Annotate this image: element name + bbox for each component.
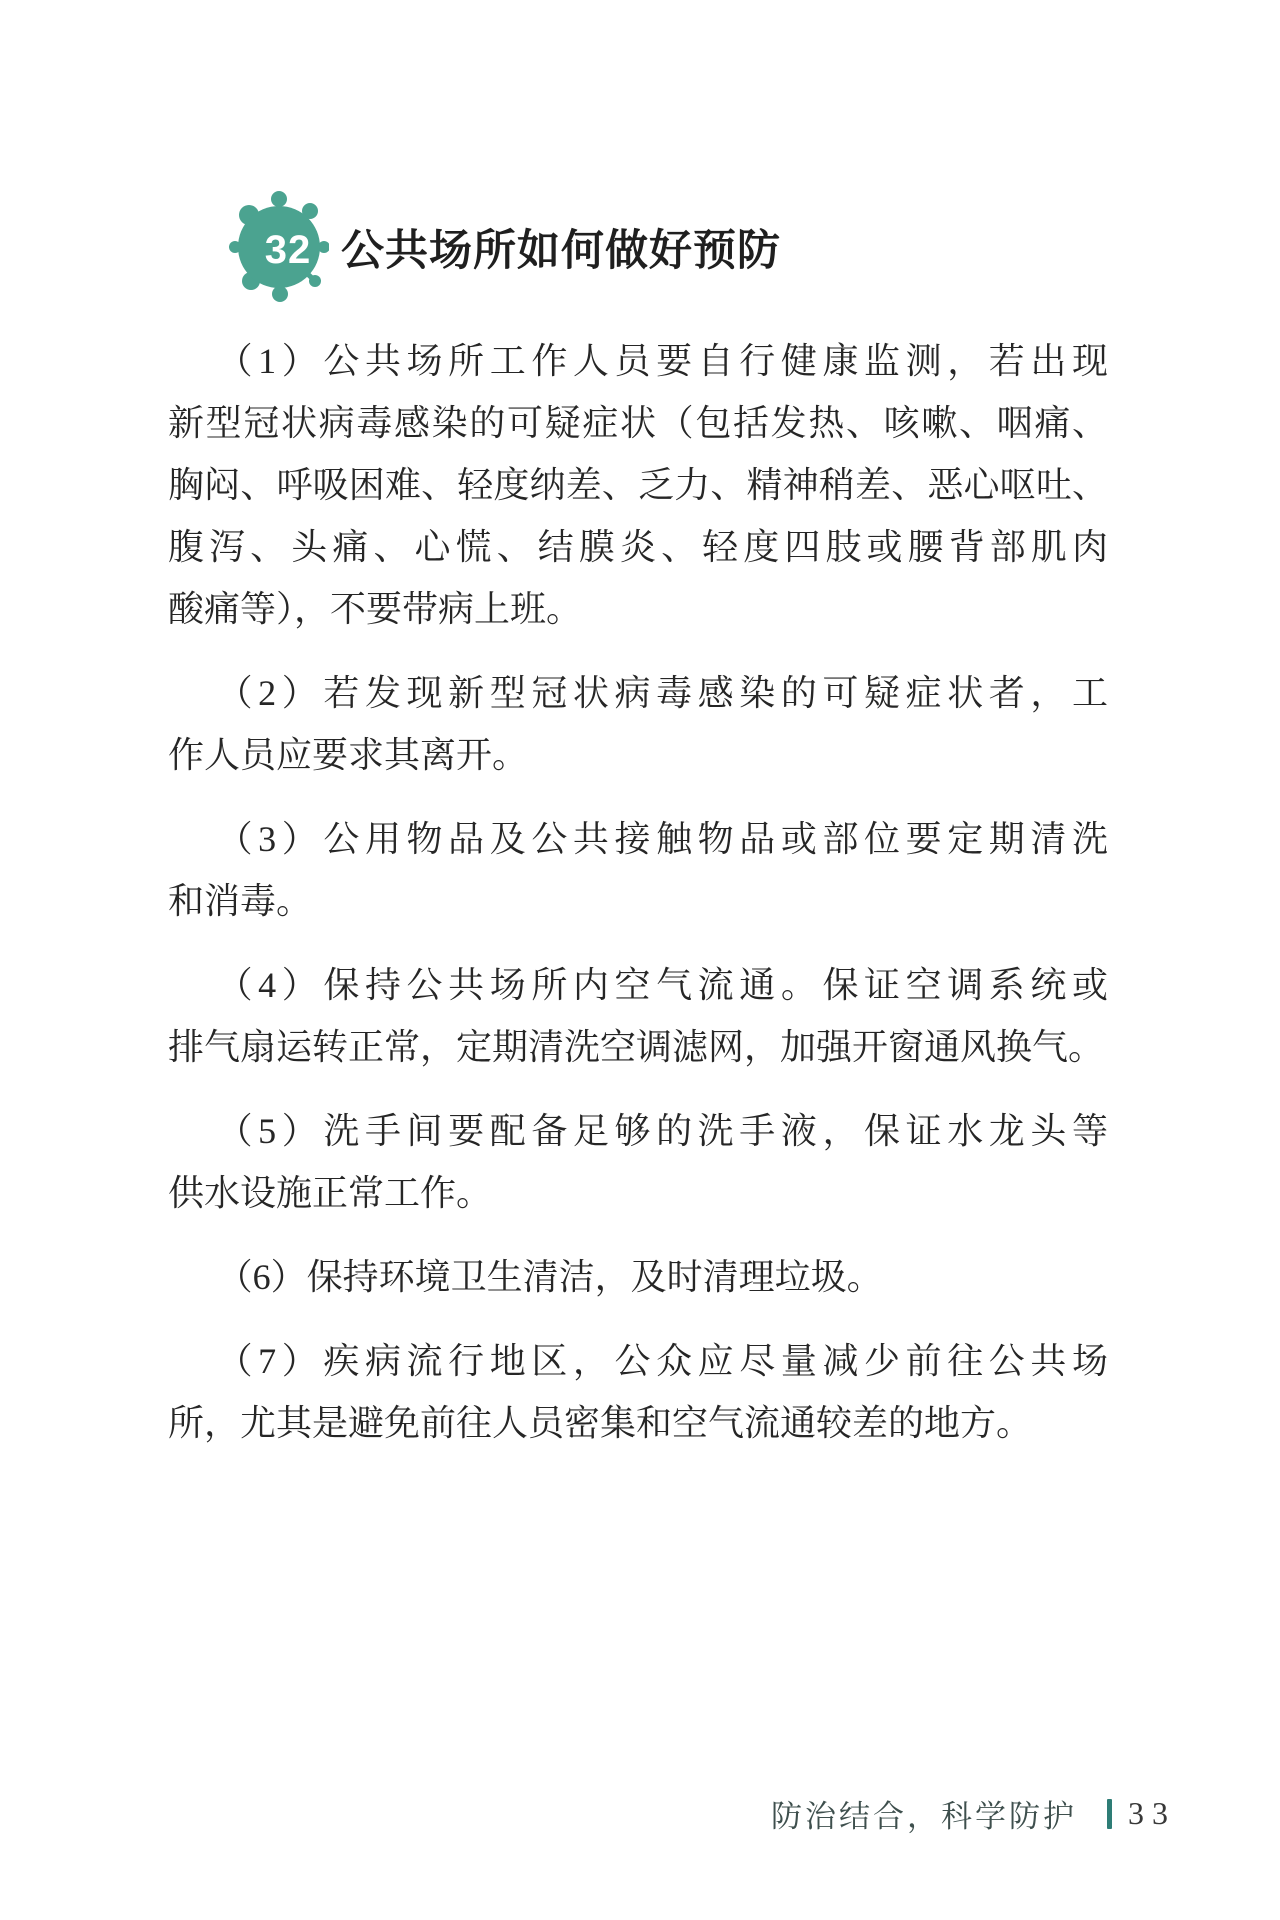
paragraph-1: （1）公共场所工作人员要自行健康监测，若出现新型冠状病毒感染的可疑症状（包括发热…: [168, 330, 1108, 640]
footer-divider-bar: [1107, 1799, 1112, 1829]
document-page: { "page": { "background": "#ffffff", "ac…: [0, 0, 1280, 1920]
paragraph-7: （7）疾病流行地区，公众应尽量减少前往公共场所，尤其是避免前往人员密集和空气流通…: [168, 1330, 1108, 1454]
paragraph-6: （6）保持环境卫生清洁，及时清理垃圾。: [168, 1246, 1108, 1308]
paragraph-line: 酸痛等），不要带病上班。: [168, 578, 1108, 640]
paragraph-line: （4）保持公共场所内空气流通。保证空调系统或: [168, 954, 1108, 1016]
paragraph-line: （3）公用物品及公共接触物品或部位要定期清洗: [168, 808, 1108, 870]
paragraph-line: 排气扇运转正常，定期清洗空调滤网，加强开窗通风换气。: [168, 1016, 1108, 1078]
virus-icon: [225, 155, 329, 307]
paragraph-line: 腹泻、头痛、心慌、结膜炎、轻度四肢或腰背部肌肉: [168, 516, 1108, 578]
page-title: 公共场所如何做好预防: [341, 227, 781, 275]
paragraph-line: 新型冠状病毒感染的可疑症状（包括发热、咳嗽、咽痛、: [168, 392, 1108, 454]
paragraph-line: （5）洗手间要配备足够的洗手液，保证水龙头等: [168, 1100, 1108, 1162]
paragraph-line: 供水设施正常工作。: [168, 1162, 1108, 1224]
body-paragraphs: （1）公共场所工作人员要自行健康监测，若出现新型冠状病毒感染的可疑症状（包括发热…: [168, 330, 1108, 1476]
paragraph-line: （7）疾病流行地区，公众应尽量减少前往公共场: [168, 1330, 1108, 1392]
paragraph-line: 胸闷、呼吸困难、轻度纳差、乏力、精神稍差、恶心呕吐、: [168, 454, 1108, 516]
paragraph-line: （1）公共场所工作人员要自行健康监测，若出现: [168, 330, 1108, 392]
paragraph-4: （4）保持公共场所内空气流通。保证空调系统或排气扇运转正常，定期清洗空调滤网，加…: [168, 954, 1108, 1078]
paragraph-line: 所，尤其是避免前往人员密集和空气流通较差的地方。: [168, 1392, 1108, 1454]
paragraph-line: （6）保持环境卫生清洁，及时清理垃圾。: [168, 1246, 1108, 1308]
paragraph-5: （5）洗手间要配备足够的洗手液，保证水龙头等供水设施正常工作。: [168, 1100, 1108, 1224]
page-number: 33: [1128, 1795, 1176, 1832]
paragraph-line: 和消毒。: [168, 870, 1108, 932]
paragraph-line: （2）若发现新型冠状病毒感染的可疑症状者，工: [168, 662, 1108, 724]
paragraph-3: （3）公用物品及公共接触物品或部位要定期清洗和消毒。: [168, 808, 1108, 932]
paragraph-2: （2）若发现新型冠状病毒感染的可疑症状者，工作人员应要求其离开。: [168, 662, 1108, 786]
footer-slogan: 防治结合，科学防护: [771, 1791, 1077, 1836]
page-header: 32 公共场所如何做好预防: [0, 0, 1280, 330]
paragraph-line: 作人员应要求其离开。: [168, 724, 1108, 786]
page-footer: 防治结合，科学防护 33: [771, 1791, 1176, 1836]
